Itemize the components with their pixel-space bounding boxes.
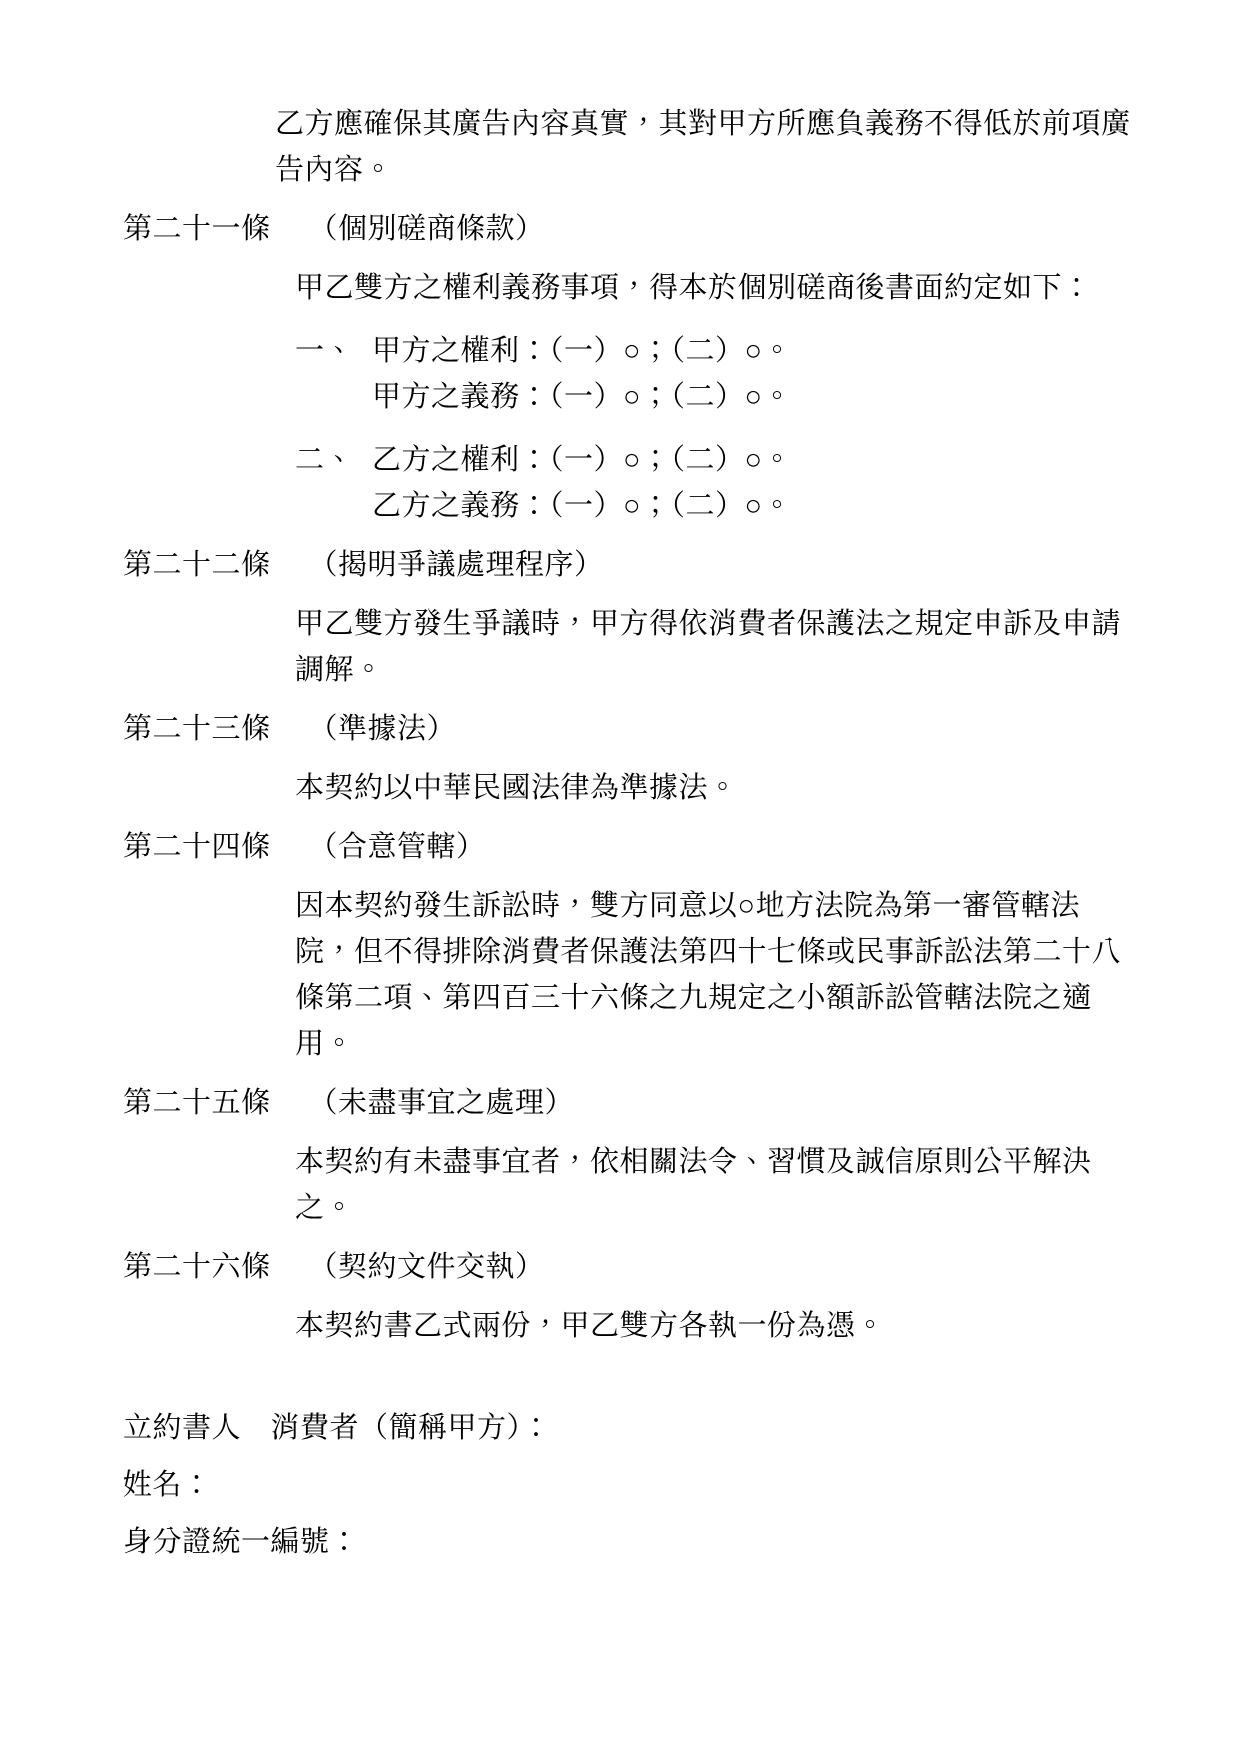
article-item: 一、 甲方之權利：（一）○；（二）○。 甲方之義務：（一）○；（二）○。 xyxy=(295,328,1123,420)
article-title: （揭明爭議處理程序） xyxy=(309,542,604,588)
article-heading: 第二十三條 （準據法） xyxy=(123,706,1123,752)
article-number: 第二十四條 xyxy=(123,824,271,870)
item-number: 二、 xyxy=(295,437,372,529)
article-24: 第二十四條 （合意管轄） 因本契約發生訴訟時，雙方同意以○地方法院為第一審管轄法… xyxy=(123,824,1123,1067)
article-item: 二、 乙方之權利：（一）○；（二）○。 乙方之義務：（一）○；（二）○。 xyxy=(295,437,1123,529)
article-number: 第二十三條 xyxy=(123,706,271,752)
article-paragraph: 本契約以中華民國法律為準據法。 xyxy=(295,765,1123,811)
id-number-label: 身分證統一編號： xyxy=(123,1519,1123,1565)
article-title: （個別磋商條款） xyxy=(309,206,545,252)
article-title: （合意管轄） xyxy=(309,824,486,870)
article-heading: 第二十六條 （契約文件交執） xyxy=(123,1244,1123,1290)
article-21: 第二十一條 （個別磋商條款） 甲乙雙方之權利義務事項，得本於個別磋商後書面約定如… xyxy=(123,206,1123,529)
article-title: （未盡事宜之處理） xyxy=(309,1080,575,1126)
article-23: 第二十三條 （準據法） 本契約以中華民國法律為準據法。 xyxy=(123,706,1123,811)
article-25: 第二十五條 （未盡事宜之處理） 本契約有未盡事宜者，依相關法令、習慣及誠信原則公… xyxy=(123,1080,1123,1231)
article-paragraph: 本契約書乙式兩份，甲乙雙方各執一份為憑。 xyxy=(295,1303,1123,1349)
article-paragraph: 因本契約發生訴訟時，雙方同意以○地方法院為第一審管轄法 院，但不得排除消費者保護… xyxy=(295,883,1123,1067)
article-title: （準據法） xyxy=(309,706,457,752)
signatory-party-line: 立約書人 消費者（簡稱甲方）： xyxy=(123,1405,1123,1451)
contract-document-page: 乙方應確保其廣告內容真實，其對甲方所應負義務不得低於前項廣 告內容。 第二十一條… xyxy=(0,0,1241,1755)
article-heading: 第二十二條 （揭明爭議處理程序） xyxy=(123,542,1123,588)
article-number: 第二十五條 xyxy=(123,1080,271,1126)
article-number: 第二十二條 xyxy=(123,542,271,588)
item-number: 一、 xyxy=(295,328,372,420)
article-heading: 第二十四條 （合意管轄） xyxy=(123,824,1123,870)
article-paragraph: 甲乙雙方發生爭議時，甲方得依消費者保護法之規定申訴及申請 調解。 xyxy=(295,601,1123,693)
article-paragraph: 本契約有未盡事宜者，依相關法令、習慣及誠信原則公平解決 之。 xyxy=(295,1139,1123,1231)
item-text: 乙方之權利：（一）○；（二）○。 乙方之義務：（一）○；（二）○。 xyxy=(372,437,792,529)
item-text: 甲方之權利：（一）○；（二）○。 甲方之義務：（一）○；（二）○。 xyxy=(372,328,792,420)
article-number: 第二十六條 xyxy=(123,1244,271,1290)
continuation-paragraph: 乙方應確保其廣告內容真實，其對甲方所應負義務不得低於前項廣 告內容。 xyxy=(275,101,1123,193)
article-heading: 第二十一條 （個別磋商條款） xyxy=(123,206,1123,252)
name-label: 姓名： xyxy=(123,1462,1123,1508)
article-22: 第二十二條 （揭明爭議處理程序） 甲乙雙方發生爭議時，甲方得依消費者保護法之規定… xyxy=(123,542,1123,693)
article-heading: 第二十五條 （未盡事宜之處理） xyxy=(123,1080,1123,1126)
article-paragraph: 甲乙雙方之權利義務事項，得本於個別磋商後書面約定如下： xyxy=(295,265,1123,311)
article-title: （契約文件交執） xyxy=(309,1244,545,1290)
article-number: 第二十一條 xyxy=(123,206,271,252)
signature-block: 立約書人 消費者（簡稱甲方）： 姓名： 身分證統一編號： xyxy=(123,1405,1123,1565)
article-26: 第二十六條 （契約文件交執） 本契約書乙式兩份，甲乙雙方各執一份為憑。 xyxy=(123,1244,1123,1349)
